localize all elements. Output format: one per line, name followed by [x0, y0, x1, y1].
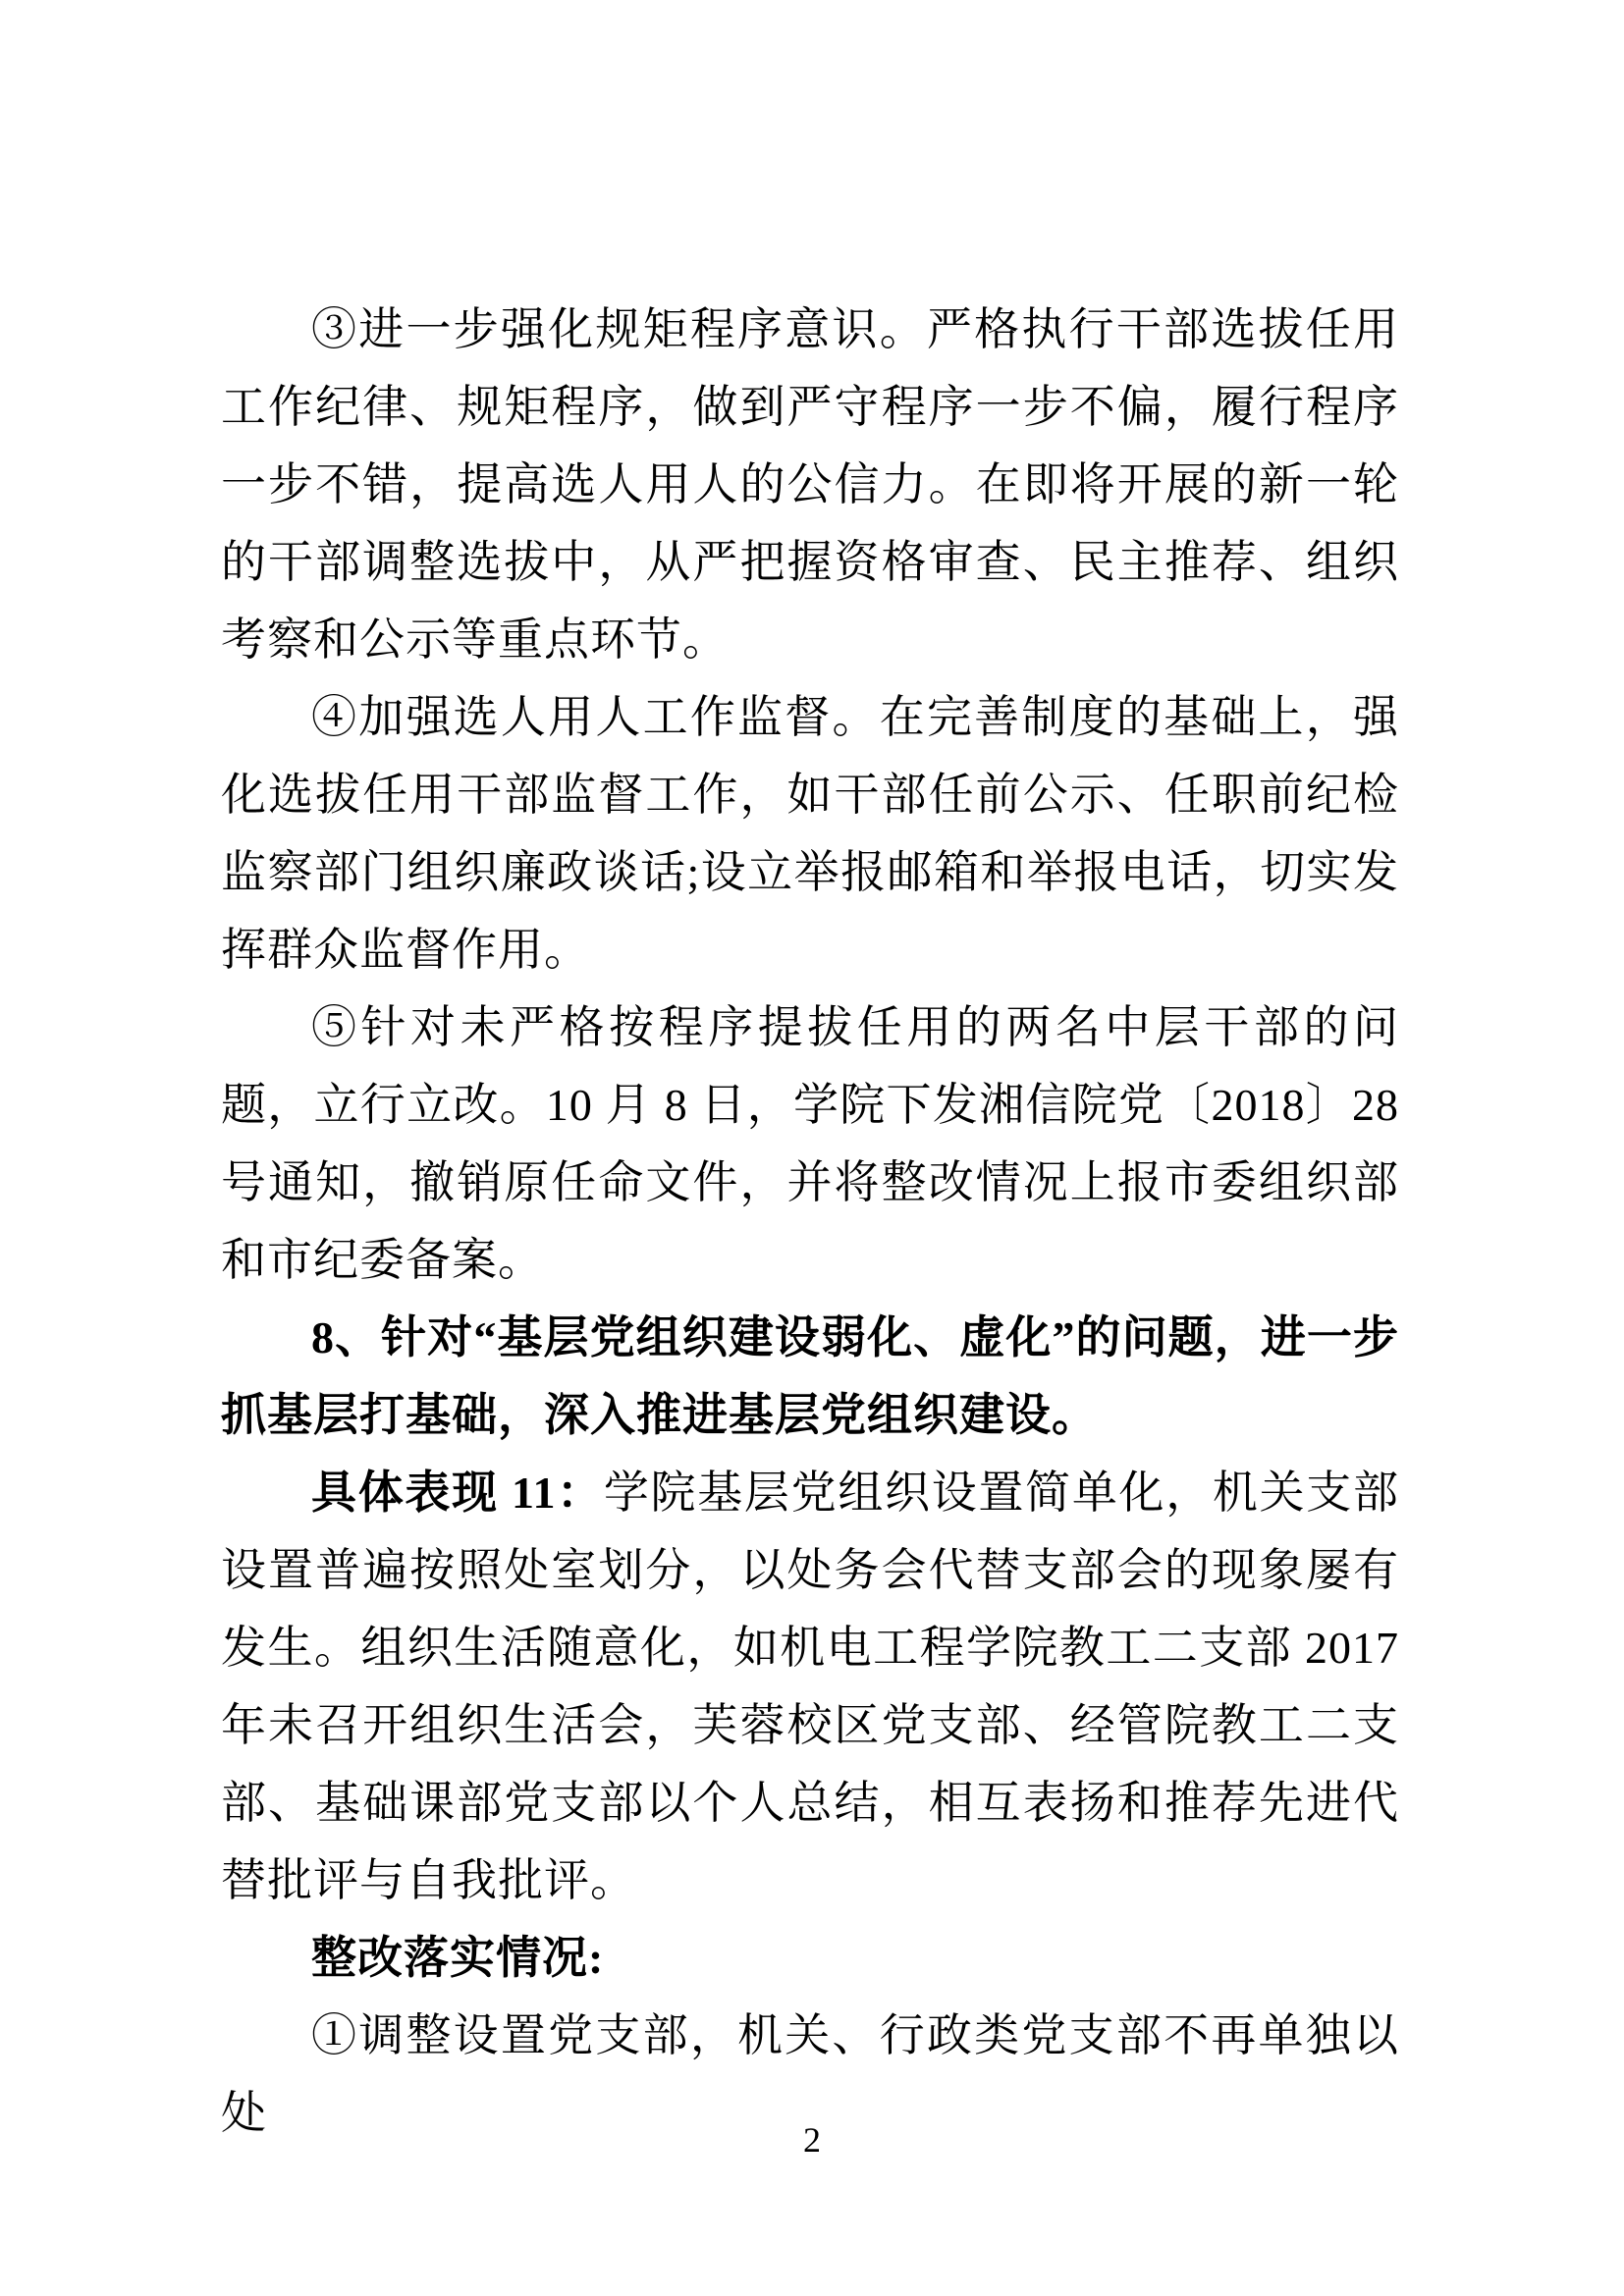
page-number: 2 [803, 2120, 821, 2160]
paragraph-manifestation-11: 具体表现 11：学院基层党组织设置简单化，机关支部设置普遍按照处室划分，以处务会… [221, 1454, 1399, 1919]
manifestation-11-label: 具体表现 11： [311, 1468, 604, 1518]
paragraph-item-5-immediate-correction: ⑤针对未严格按程序提拔任用的两名中层干部的问题，立行立改。10 月 8 日，学院… [221, 988, 1399, 1299]
heading-rectification-status: 整改落实情况: [221, 1919, 1399, 1997]
paragraph-item-4-supervision: ④加强选人用人工作监督。在完善制度的基础上，强化选拔任用干部监督工作，如干部任前… [221, 678, 1399, 988]
manifestation-11-text: 学院基层党组织设置简单化，机关支部设置普遍按照处室划分，以处务会代替支部会的现象… [221, 1468, 1399, 1905]
heading-issue-8: 8、针对“基层党组织建设弱化、虚化”的问题，进一步抓基层打基础，深入推进基层党组… [221, 1299, 1399, 1454]
document-body: ③进一步强化规矩程序意识。严格执行干部选拔任用工作纪律、规矩程序，做到严守程序一… [221, 291, 1399, 2152]
document-page: ③进一步强化规矩程序意识。严格执行干部选拔任用工作纪律、规矩程序，做到严守程序一… [0, 0, 1624, 2296]
paragraph-item-3-procedure-awareness: ③进一步强化规矩程序意识。严格执行干部选拔任用工作纪律、规矩程序，做到严守程序一… [221, 291, 1399, 678]
